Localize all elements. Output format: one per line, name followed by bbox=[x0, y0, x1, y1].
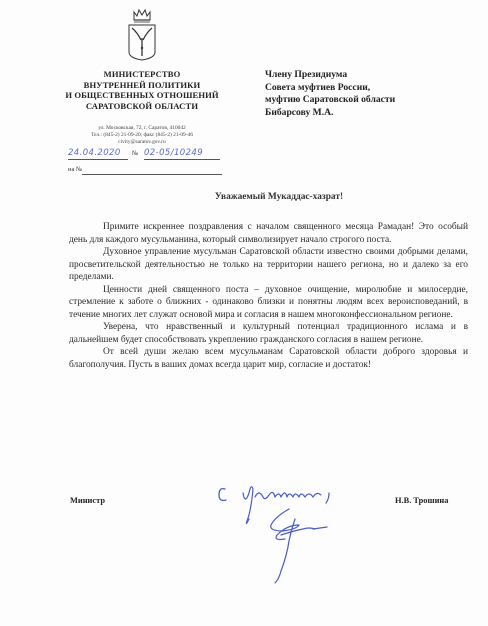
ministry-name: МИНИСТЕРСТВО ВНУТРЕННЕЙ ПОЛИТИКИ И ОБЩЕС… bbox=[62, 69, 222, 111]
ministry-line: МИНИСТЕРСТВО bbox=[62, 69, 222, 80]
letter-body: Примите искреннее поздравления с началом… bbox=[69, 221, 468, 371]
body-paragraph: От всей души желаю всем мусульманам Сара… bbox=[69, 346, 468, 371]
body-paragraph: Духовное управление мусульман Саратовско… bbox=[69, 246, 468, 284]
number-field: 02-05/10249 bbox=[144, 148, 220, 160]
address-phone: Тел.: (845-2) 21-09-20; факс (845-2) 21-… bbox=[62, 132, 222, 139]
handwritten-date: 24.04.2020 bbox=[68, 148, 121, 158]
number-sign: № bbox=[132, 150, 138, 157]
reply-reference-label: на № bbox=[68, 166, 82, 173]
recipient-line: Совета муфтиев России, bbox=[265, 82, 395, 95]
address-street: ул. Московская, 72, г. Саратов, 410042 bbox=[62, 125, 222, 132]
signatory-role: Министр bbox=[70, 496, 105, 505]
recipient-line: Члену Президиума bbox=[265, 69, 395, 82]
recipient-line: муфтию Саратовской области bbox=[265, 94, 395, 107]
salutation: Уважаемый Мукаддас-хазрат! bbox=[0, 192, 488, 202]
body-paragraph: Примите искреннее поздравления с началом… bbox=[69, 221, 468, 246]
date-field: 24.04.2020 bbox=[68, 148, 128, 160]
signatory-name: Н.В. Трошина bbox=[395, 496, 448, 505]
outgoing-reference: 24.04.2020 № 02-05/10249 bbox=[68, 148, 238, 162]
coat-of-arms-icon bbox=[125, 8, 159, 62]
body-paragraph: Ценности дней священного поста – духовно… bbox=[69, 284, 468, 322]
ministry-line: ВНУТРЕННЕЙ ПОЛИТИКИ bbox=[62, 80, 222, 91]
ministry-line: И ОБЩЕСТВЕННЫХ ОТНОШЕНИЙ bbox=[62, 90, 222, 101]
recipient-line: Бибарсову М.А. bbox=[265, 107, 395, 120]
handwritten-signature-icon bbox=[215, 475, 345, 585]
address-email: civity@saratov.gov.ru bbox=[62, 139, 222, 146]
reply-reference-line bbox=[82, 174, 222, 175]
letter-page: МИНИСТЕРСТВО ВНУТРЕННЕЙ ПОЛИТИКИ И ОБЩЕС… bbox=[0, 0, 488, 626]
body-paragraph: Уверена, что нравственный и культурный п… bbox=[69, 321, 468, 346]
ministry-address: ул. Московская, 72, г. Саратов, 410042 Т… bbox=[62, 125, 222, 146]
handwritten-number: 02-05/10249 bbox=[144, 148, 203, 158]
recipient-block: Члену Президиума Совета муфтиев России, … bbox=[265, 69, 395, 119]
ministry-line: САРАТОВСКОЙ ОБЛАСТИ bbox=[62, 101, 222, 112]
